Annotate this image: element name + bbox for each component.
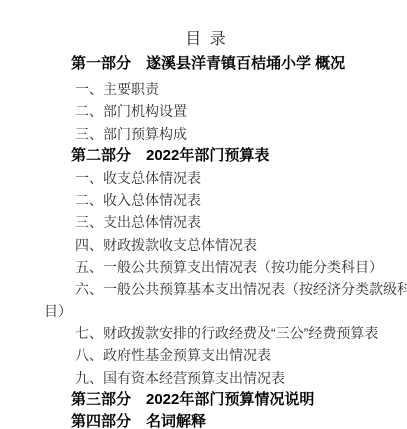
toc-line-item: 五、一般公共预算支出情况表（按功能分类科目） (44, 256, 369, 278)
toc-line-continuation: 目） (44, 300, 369, 322)
toc-line-heading: 第四部分 名词解释 (44, 411, 369, 429)
toc-line-item: 六、一般公共预算基本支出情况表（按经济分类款级科 (44, 278, 369, 300)
toc-line-item: 二、部门机构设置 (44, 100, 369, 122)
toc-line-item: 一、主要职责 (44, 78, 369, 100)
toc-line-item: 三、支出总体情况表 (44, 211, 369, 233)
toc-line-item: 四、财政拨款收支总体情况表 (44, 234, 369, 256)
document-title: 目 录 (44, 27, 369, 53)
toc-line-list: 第一部分 遂溪县洋青镇百桔埇小学 概况一、主要职责二、部门机构设置三、部门预算构… (44, 53, 369, 429)
toc-line-item: 三、部门预算构成 (44, 123, 369, 145)
toc-line-heading: 第三部分 2022年部门预算情况说明 (44, 389, 369, 411)
toc-line-heading: 第一部分 遂溪县洋青镇百桔埇小学 概况 (44, 53, 369, 75)
toc-line-item: 七、财政拨款安排的行政经费及“三公”经费预算表 (44, 322, 369, 344)
toc-line-item: 二、收入总体情况表 (44, 189, 369, 211)
toc-line-item: 八、政府性基金预算支出情况表 (44, 344, 369, 366)
toc-page: 目 录 第一部分 遂溪县洋青镇百桔埇小学 概况一、主要职责二、部门机构设置三、部… (0, 0, 407, 429)
toc-line-item: 一、收支总体情况表 (44, 167, 369, 189)
toc-line-heading: 第二部分 2022年部门预算表 (44, 145, 369, 167)
toc-line-item: 九、国有资本经营预算支出情况表 (44, 367, 369, 389)
